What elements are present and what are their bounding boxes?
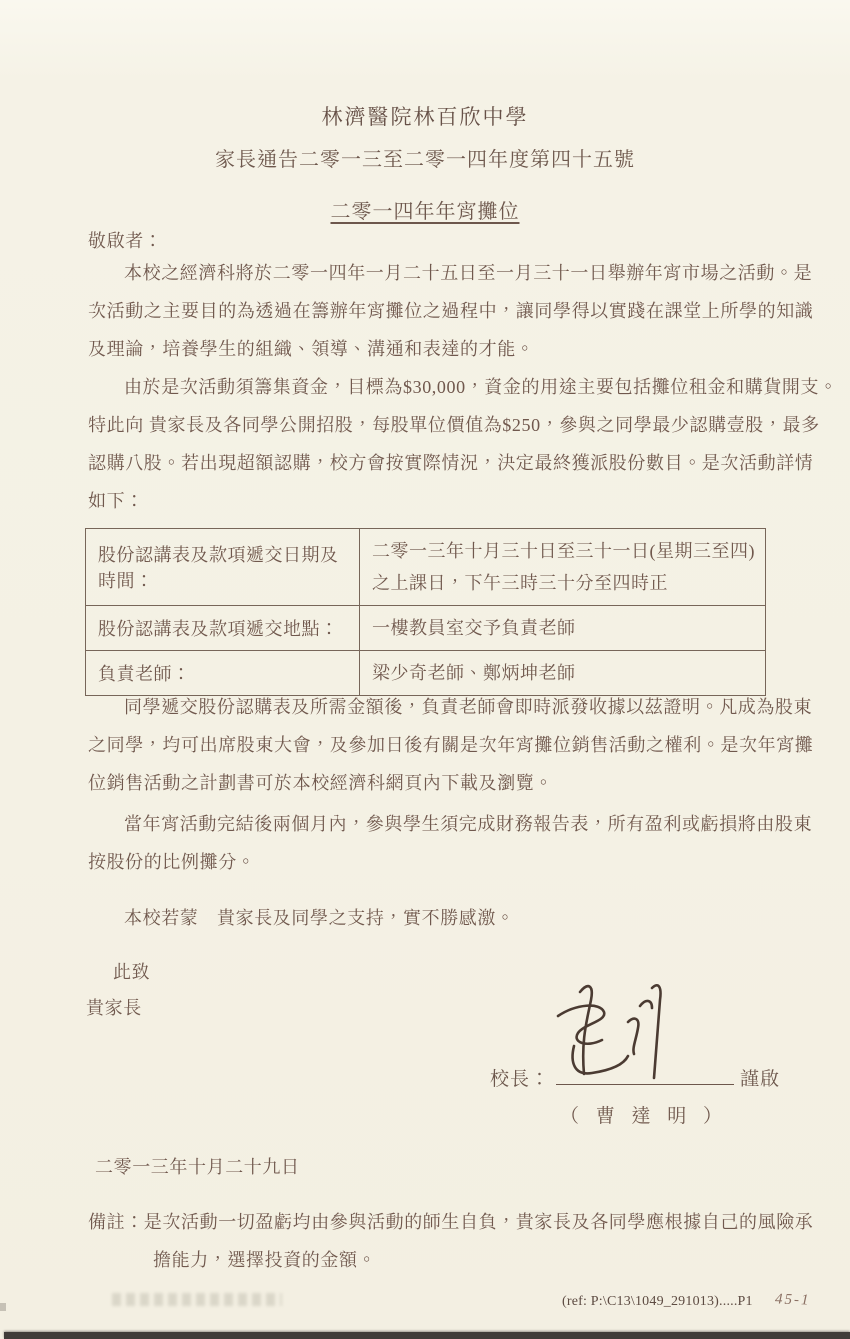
- details-table: 股份認講表及款項遞交日期及時間： 二零一三年十月三十日至三十一日(星期三至四) …: [85, 528, 766, 696]
- table-row-value: 一樓教員室交予負責老師: [360, 606, 766, 651]
- paragraph-1: 本校之經濟科將於二零一四年一月二十五日至一月三十一日舉辦年宵市場之活動。是 次活…: [88, 254, 813, 368]
- ink-bleed-through-artifact: [112, 1293, 282, 1306]
- file-reference: (ref: P:\C13\1049_291013).....P1: [562, 1294, 753, 1310]
- table-row-label: 股份認講表及款項遞交日期及時間：: [86, 529, 360, 606]
- paragraph-line: 及理論，培養學生的組織、領導、溝通和表達的才能。: [88, 330, 813, 368]
- paragraph-5: 本校若蒙 貴家長及同學之支持，實不勝感激。: [88, 899, 515, 937]
- value-line: 二零一三年十月三十日至三十一日(星期三至四): [372, 535, 755, 567]
- principal-label: 校長：: [490, 1069, 550, 1090]
- handwritten-code: 45-1: [775, 1291, 811, 1309]
- principal-signature-row: 校長：謹啟: [490, 1062, 780, 1091]
- table-row: 股份認講表及款項遞交地點： 一樓教員室交予負責老師: [86, 606, 766, 651]
- paragraph-line: 認購八股。若出現超額認購，校方會按實際情況，決定最終獲派股份數目。是次活動詳情: [88, 444, 838, 482]
- paragraph-line: 之同學，均可出席股東大會，及參加日後有關是次年宵攤位銷售活動之權利。是次年宵攤: [88, 726, 813, 764]
- scan-bottom-edge: [4, 1332, 850, 1339]
- table-row-value: 二零一三年十月三十日至三十一日(星期三至四) 之上課日，下午三時三十分至四時正: [360, 529, 766, 606]
- paragraph-line: 同學遞交股份認購表及所需金額後，負責老師會即時派發收據以茲證明。凡成為股東: [88, 688, 813, 726]
- sign-off: 謹啟: [740, 1069, 780, 1090]
- table-row-label: 股份認講表及款項遞交地點：: [86, 606, 360, 651]
- notice-number: 家長通告二零一三至二零一四年度第四十五號: [0, 143, 850, 172]
- value-line: 一樓教員室交予負責老師: [372, 612, 755, 644]
- subject-wrap: 二零一四年年宵攤位: [0, 183, 850, 224]
- principal-name: （ 曹 達 明 ）: [560, 1098, 728, 1136]
- closing-recipient: 貴家長: [86, 989, 142, 1027]
- school-name: 林濟醫院林百欣中學: [0, 101, 850, 131]
- value-line: 之上課日，下午三時三十分至四時正: [372, 567, 755, 599]
- paragraph-line: 按股份的比例攤分。: [88, 843, 812, 881]
- remark-line-1: 備註：是次活動一切盈虧均由參與活動的師生自負，貴家長及各同學應根據自己的風險承: [88, 1203, 813, 1241]
- paragraph-line: 當年宵活動完結後兩個月內，參與學生須完成財務報告表，所有盈利或虧損將由股東: [88, 805, 812, 843]
- value-line: 梁少奇老師、鄭炳坤老師: [372, 657, 755, 689]
- paragraph-line: 次活動之主要目的為透過在籌辦年宵攤位之過程中，讓同學得以實踐在課堂上所學的知識: [88, 292, 813, 330]
- signature-line: [556, 1062, 734, 1085]
- paragraph-2: 由於是次活動須籌集資金，目標為$30,000，資金的用途主要包括攤位租金和購貨開…: [88, 368, 838, 520]
- paragraph-4: 當年宵活動完結後兩個月內，參與學生須完成財務報告表，所有盈利或虧損將由股東 按股…: [88, 805, 812, 881]
- paragraph-line: 由於是次活動須籌集資金，目標為$30,000，資金的用途主要包括攤位租金和購貨開…: [88, 368, 838, 406]
- closing-this-to: 此致: [113, 953, 150, 991]
- paragraph-3: 同學遞交股份認購表及所需金額後，負責老師會即時派發收據以茲證明。凡成為股東 之同…: [88, 688, 813, 802]
- table-row: 股份認講表及款項遞交日期及時間： 二零一三年十月三十日至三十一日(星期三至四) …: [86, 529, 766, 606]
- notice-subject: 二零一四年年宵攤位: [331, 195, 520, 224]
- notice-date: 二零一三年十月二十九日: [95, 1148, 300, 1186]
- paragraph-line: 位銷售活動之計劃書可於本校經濟科網頁內下載及瀏覽。: [88, 764, 813, 802]
- paragraph-line: 如下：: [88, 482, 838, 520]
- remark-line-2: 擔能力，選擇投資的金額。: [153, 1241, 376, 1279]
- paragraph-line: 特此向 貴家長及各同學公開招股，每股單位價值為$250，參與之同學最少認購壹股，…: [88, 406, 838, 444]
- paragraph-line: 本校若蒙 貴家長及同學之支持，實不勝感激。: [88, 899, 515, 937]
- notice-header: 林濟醫院林百欣中學 家長通告二零一三至二零一四年度第四十五號 二零一四年年宵攤位: [0, 101, 850, 224]
- paragraph-line: 本校之經濟科將於二零一四年一月二十五日至一月三十一日舉辦年宵市場之活動。是: [88, 254, 813, 292]
- scanned-notice-page: 林濟醫院林百欣中學 家長通告二零一三至二零一四年度第四十五號 二零一四年年宵攤位…: [0, 0, 850, 1339]
- scan-edge-speck: [0, 1303, 6, 1311]
